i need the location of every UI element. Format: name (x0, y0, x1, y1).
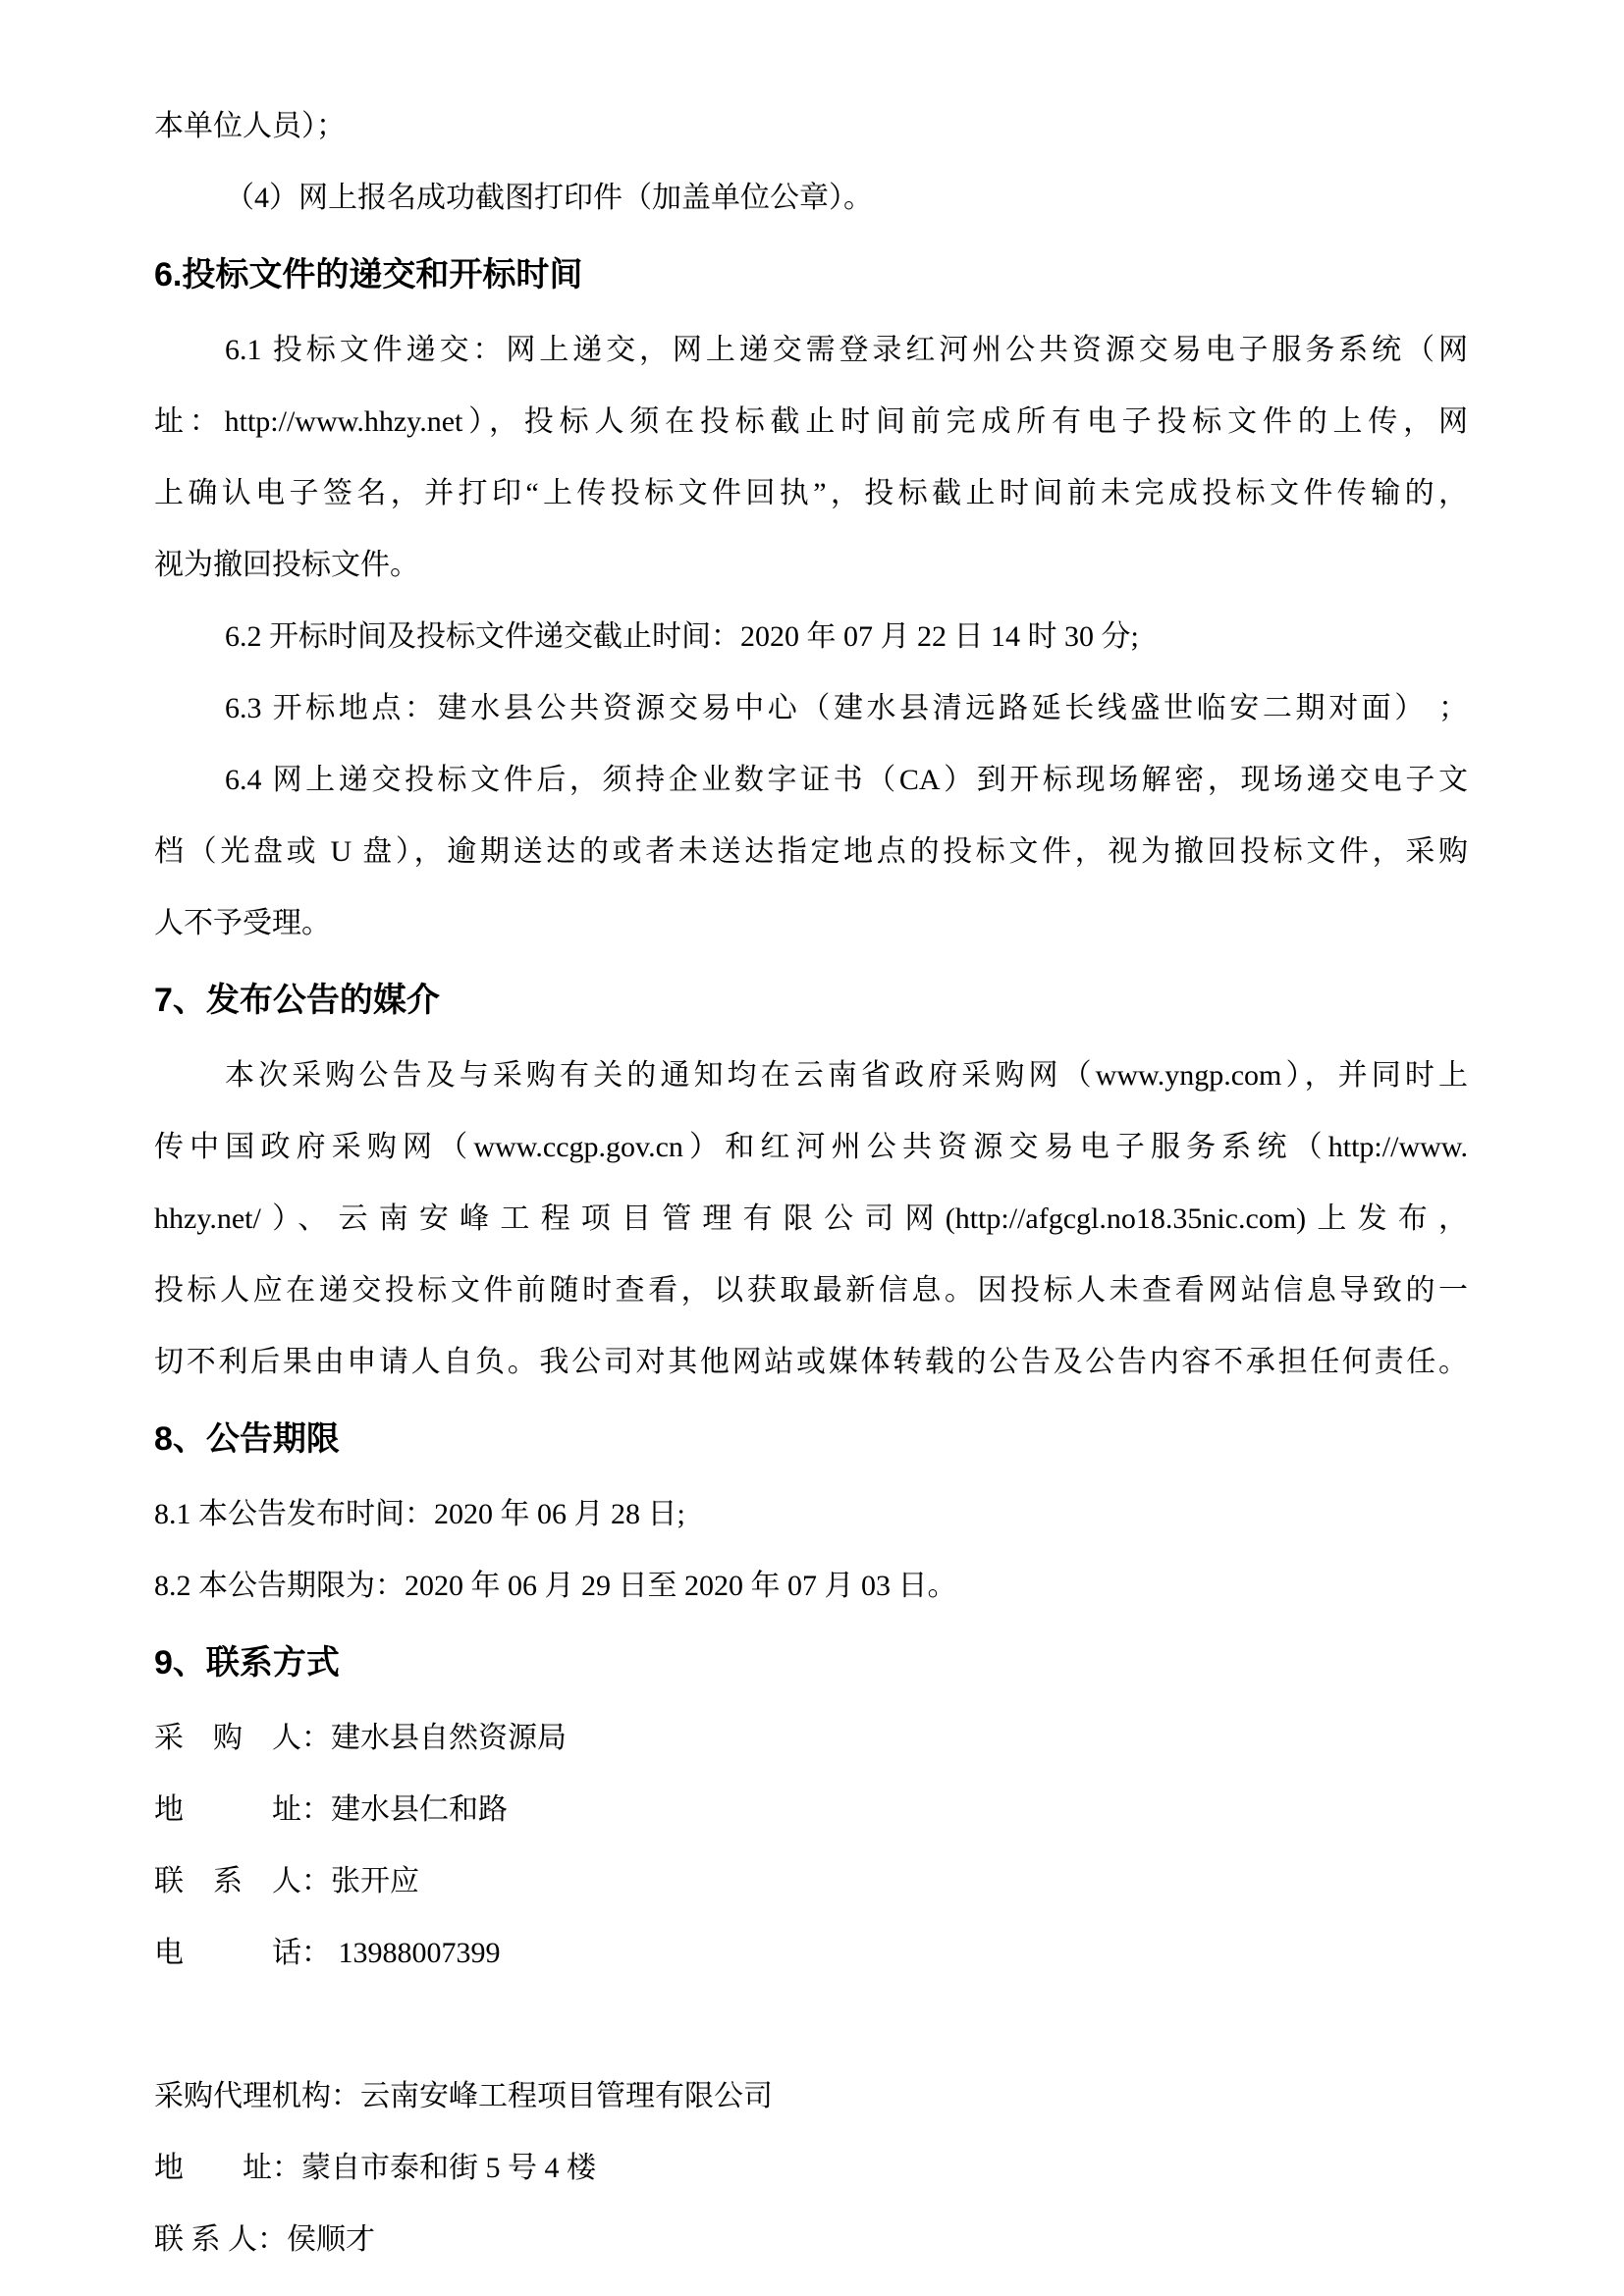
intro-continuation-line: 本单位人员）； (154, 90, 1468, 162)
s6-p4-line-3: 人不予受理。 (154, 887, 1468, 959)
s7-p1-line-4: 投标人应在递交投标文件前随时查看，以获取最新信息。因投标人未查看网站信息导致的一 (154, 1255, 1468, 1326)
s7-p1-line-1: 本次采购公告及与采购有关的通知均在云南省政府采购网（www.yngp.com），… (154, 1040, 1468, 1111)
document-page: 本单位人员）； （4）网上报名成功截图打印件（加盖单位公章）。 6.投标文件的递… (0, 0, 1624, 2296)
agency-contact-line: 联 系 人：侯顺才 (154, 2204, 1468, 2275)
section6-heading: 6.投标文件的递交和开标时间 (154, 236, 1468, 314)
section8-heading: 8、公告期限 (154, 1400, 1468, 1478)
item-4-line: （4）网上报名成功截图打印件（加盖单位公章）。 (154, 162, 1468, 234)
s7-p1-line-3: hhzy.net/）、云南安峰工程项目管理有限公司网(http://afgcgl… (154, 1183, 1468, 1255)
s6-p1-line-3: 上确认电子签名，并打印“上传投标文件回执”，投标截止时间前未完成投标文件传输的， (154, 457, 1468, 529)
s6-p4-line-1: 6.4 网上递交投标文件后，须持企业数字证书（CA）到开标现场解密，现场递交电子… (154, 744, 1468, 816)
s8-p1-line: 8.1 本公告发布时间：2020 年 06 月 28 日; (154, 1478, 1468, 1550)
s6-p4-line-2: 档（光盘或 U 盘），逾期送达的或者未送达指定地点的投标文件，视为撤回投标文件，… (154, 816, 1468, 887)
s6-p3-line: 6.3 开标地点：建水县公共资源交易中心（建水县清远路延长线盛世临安二期对面） … (154, 672, 1468, 744)
s6-p2-line: 6.2 开标时间及投标文件递交截止时间：2020 年 07 月 22 日 14 … (154, 601, 1468, 672)
purchaser-phone-line: 电 话： 13988007399 (154, 1917, 1468, 1989)
s7-p1-line-5: 切不利后果由申请人自负。我公司对其他网站或媒体转载的公告及公告内容不承担任何责任… (154, 1326, 1468, 1398)
purchaser-contact-line: 联 系 人：张开应 (154, 1845, 1468, 1917)
purchaser-name-line: 采 购 人：建水县自然资源局 (154, 1702, 1468, 1774)
s6-p1-line-1: 6.1 投标文件递交：网上递交，网上递交需登录红河州公共资源交易电子服务系统（网 (154, 314, 1468, 386)
blank-line (154, 1989, 1468, 2060)
s7-p1-line-2: 传中国政府采购网（www.ccgp.gov.cn）和红河州公共资源交易电子服务系… (154, 1111, 1468, 1183)
s6-p1-line-2: 址：http://www.hhzy.net），投标人须在投标截止时间前完成所有电… (154, 386, 1468, 457)
s8-p2-line: 8.2 本公告期限为：2020 年 06 月 29 日至 2020 年 07 月… (154, 1550, 1468, 1622)
agency-address-line: 地 址：蒙自市泰和街 5 号 4 楼 (154, 2132, 1468, 2204)
s6-p1-line-4: 视为撤回投标文件。 (154, 529, 1468, 601)
section9-heading: 9、联系方式 (154, 1624, 1468, 1702)
purchaser-address-line: 地 址：建水县仁和路 (154, 1774, 1468, 1845)
section7-heading: 7、发布公告的媒介 (154, 961, 1468, 1040)
agency-name-line: 采购代理机构：云南安峰工程项目管理有限公司 (154, 2060, 1468, 2132)
